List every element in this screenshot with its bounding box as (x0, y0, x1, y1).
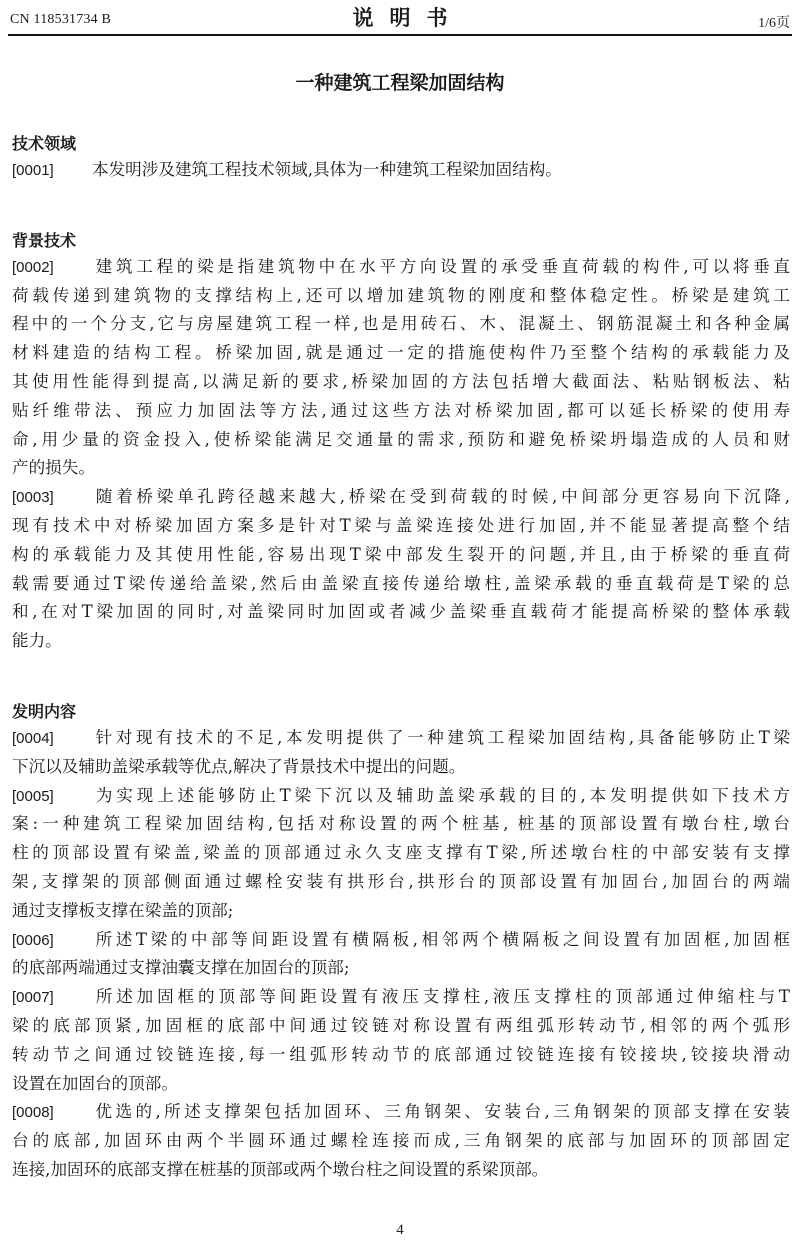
paragraph-line: 命,用少量的资金投入,使桥梁能满足交通量的需求,预防和避免桥梁坍塌造成的人员和财 (12, 426, 790, 455)
paragraph-text: 为实现上述能够防止T梁下沉以及辅助盖梁承载的目的,本发明提供如下技术方 (92, 786, 790, 805)
paragraph-line: 架,支撑架的顶部侧面通过螺栓安装有拱形台,拱形台的顶部设置有加固台,加固台的两端 (12, 868, 790, 897)
paragraph-text: 针对现有技术的不足,本发明提供了一种建筑工程梁加固结构,具备能够防止T梁 (92, 728, 790, 747)
paragraph-number: [0001] (12, 157, 92, 186)
paragraph-text: 本发明涉及建筑工程技术领域,具体为一种建筑工程梁加固结构。 (92, 160, 562, 179)
section-heading: 发明内容 (12, 700, 790, 724)
paragraph-line: [0008]优选的,所述支撑架包括加固环、三角钢架、安装台,三角钢架的顶部支撑在… (12, 1098, 790, 1127)
paragraph-line: [0003]随着桥梁单孔跨径越来越大,桥梁在受到荷载的时候,中间部分更容易向下沉… (12, 483, 790, 512)
paragraph-line: 案:一种建筑工程梁加固结构,包括对称设置的两个桩基, 桩基的顶部设置有墩台柱,墩… (12, 810, 790, 839)
paragraph-number: [0003] (12, 484, 92, 513)
paragraph-number: [0006] (12, 927, 92, 956)
paragraph-0005: [0005]为实现上述能够防止T梁下沉以及辅助盖梁承载的目的,本发明提供如下技术… (12, 782, 790, 926)
paragraph-line: 的底部两端通过支撑油囊支撑在加固台的顶部; (12, 954, 790, 983)
paragraph-line: 转动节之间通过铰链连接,每一组弧形转动节的底部通过铰链连接有铰接块,铰接块滑动 (12, 1041, 790, 1070)
paragraph-0002: [0002]建筑工程的梁是指建筑物中在水平方向设置的承受垂直荷载的构件,可以将垂… (12, 253, 790, 483)
paragraph-line: 构的承载能力及其使用性能,容易出现T梁中部发生裂开的问题,并且,由于桥梁的垂直荷 (12, 541, 790, 570)
paragraph-line: 其使用性能得到提高,以满足新的要求,桥梁加固的方法包括增大截面法、粘贴钢板法、粘 (12, 368, 790, 397)
paragraph-line: 现有技术中对桥梁加固方案多是针对T梁与盖梁连接处进行加固,并不能显著提高整个结 (12, 512, 790, 541)
paragraph-0008: [0008]优选的,所述支撑架包括加固环、三角钢架、安装台,三角钢架的顶部支撑在… (12, 1098, 790, 1184)
paragraph-line: 和,在对T梁加固的同时,对盖梁同时加固或者减少盖梁垂直载荷才能提高桥梁的整体承载 (12, 598, 790, 627)
paragraph-line: 通过支撑板支撑在梁盖的顶部; (12, 897, 790, 926)
paragraph-0007: [0007]所述加固框的顶部等间距设置有液压支撑柱,液压支撑柱的顶部通过伸缩柱与… (12, 983, 790, 1098)
paragraph-text: 优选的,所述支撑架包括加固环、三角钢架、安装台,三角钢架的顶部支撑在安装 (92, 1102, 790, 1121)
paragraph-text: 建筑工程的梁是指建筑物中在水平方向设置的承受垂直荷载的构件,可以将垂直 (92, 257, 790, 276)
section-technical-field: 技术领域 [0001]本发明涉及建筑工程技术领域,具体为一种建筑工程梁加固结构。 (12, 132, 790, 185)
paragraph-line: 荷载传递到建筑物的支撑结构上,还可以增加建筑物的刚度和整体稳定性。桥梁是建筑工 (12, 282, 790, 311)
section-summary: 发明内容 [0004]针对现有技术的不足,本发明提供了一种建筑工程梁加固结构,具… (12, 700, 790, 1185)
document-body: 技术领域 [0001]本发明涉及建筑工程技术领域,具体为一种建筑工程梁加固结构。… (12, 132, 790, 1185)
paragraph-line: [0005]为实现上述能够防止T梁下沉以及辅助盖梁承载的目的,本发明提供如下技术… (12, 782, 790, 811)
paragraph-0006: [0006]所述T梁的中部等间距设置有横隔板,相邻两个横隔板之间设置有加固框,加… (12, 926, 790, 984)
paragraph-line: [0007]所述加固框的顶部等间距设置有液压支撑柱,液压支撑柱的顶部通过伸缩柱与… (12, 983, 790, 1012)
page-number: 4 (0, 1222, 800, 1239)
paragraph-number: [0005] (12, 783, 92, 812)
document-type: 说明书 (8, 2, 792, 32)
paragraph-0004: [0004]针对现有技术的不足,本发明提供了一种建筑工程梁加固结构,具备能够防止… (12, 724, 790, 782)
paragraph-line: 产的损失。 (12, 454, 790, 483)
section-background: 背景技术 [0002]建筑工程的梁是指建筑物中在水平方向设置的承受垂直荷载的构件… (12, 229, 790, 656)
paragraph-line: 材料建造的结构工程。桥梁加固,就是通过一定的措施使构件乃至整个结构的承载能力及 (12, 339, 790, 368)
paragraph-line: 连接,加固环的底部支撑在桩基的顶部或两个墩台柱之间设置的系梁顶部。 (12, 1156, 790, 1185)
paragraph-text: 所述加固框的顶部等间距设置有液压支撑柱,液压支撑柱的顶部通过伸缩柱与T (92, 987, 790, 1006)
page-header: CN 118531734 B 说明书 1/6页 (8, 0, 792, 36)
paragraph-line: 能力。 (12, 627, 790, 656)
paragraph-text: 随着桥梁单孔跨径越来越大,桥梁在受到荷载的时候,中间部分更容易向下沉降, (92, 487, 790, 506)
paragraph-number: [0004] (12, 725, 92, 754)
paragraph-0003: [0003]随着桥梁单孔跨径越来越大,桥梁在受到荷载的时候,中间部分更容易向下沉… (12, 483, 790, 656)
paragraph-number: [0008] (12, 1099, 92, 1128)
paragraph-line: 梁的底部顶紧,加固框的底部中间通过铰链对称设置有两组弧形转动节,相邻的两个弧形 (12, 1012, 790, 1041)
paragraph-text: 所述T梁的中部等间距设置有横隔板,相邻两个横隔板之间设置有加固框,加固框 (92, 930, 790, 949)
section-heading: 技术领域 (12, 132, 790, 156)
paragraph-line: 设置在加固台的顶部。 (12, 1070, 790, 1099)
paragraph-0001: [0001]本发明涉及建筑工程技术领域,具体为一种建筑工程梁加固结构。 (12, 156, 790, 185)
paragraph-line: 下沉以及辅助盖梁承载等优点,解决了背景技术中提出的问题。 (12, 753, 790, 782)
section-heading: 背景技术 (12, 229, 790, 253)
paragraph-line: [0004]针对现有技术的不足,本发明提供了一种建筑工程梁加固结构,具备能够防止… (12, 724, 790, 753)
paragraph-line: 贴纤维带法、预应力加固法等方法,通过这些方法对桥梁加固,都可以延长桥梁的使用寿 (12, 397, 790, 426)
paragraph-line: [0002]建筑工程的梁是指建筑物中在水平方向设置的承受垂直荷载的构件,可以将垂… (12, 253, 790, 282)
paragraph-line: [0006]所述T梁的中部等间距设置有横隔板,相邻两个横隔板之间设置有加固框,加… (12, 926, 790, 955)
paragraph-line: 程中的一个分支,它与房屋建筑工程一样,也是用砖石、木、混凝土、钢筋混凝土和各种金… (12, 310, 790, 339)
paragraph-number: [0002] (12, 254, 92, 283)
document-title: 一种建筑工程梁加固结构 (0, 68, 800, 95)
paragraph-number: [0007] (12, 984, 92, 1013)
paragraph-line: 台的底部,加固环由两个半圆环通过螺栓连接而成,三角钢架的底部与加固环的顶部固定 (12, 1127, 790, 1156)
paragraph-line: [0001]本发明涉及建筑工程技术领域,具体为一种建筑工程梁加固结构。 (12, 156, 790, 185)
paragraph-line: 柱的顶部设置有梁盖,梁盖的顶部通过永久支座支撑有T梁,所述墩台柱的中部安装有支撑 (12, 839, 790, 868)
paragraph-line: 载需要通过T梁传递给盖梁,然后由盖梁直接传递给墩柱,盖梁承载的垂直载荷是T梁的总 (12, 570, 790, 599)
page-info: 1/6页 (758, 12, 790, 32)
